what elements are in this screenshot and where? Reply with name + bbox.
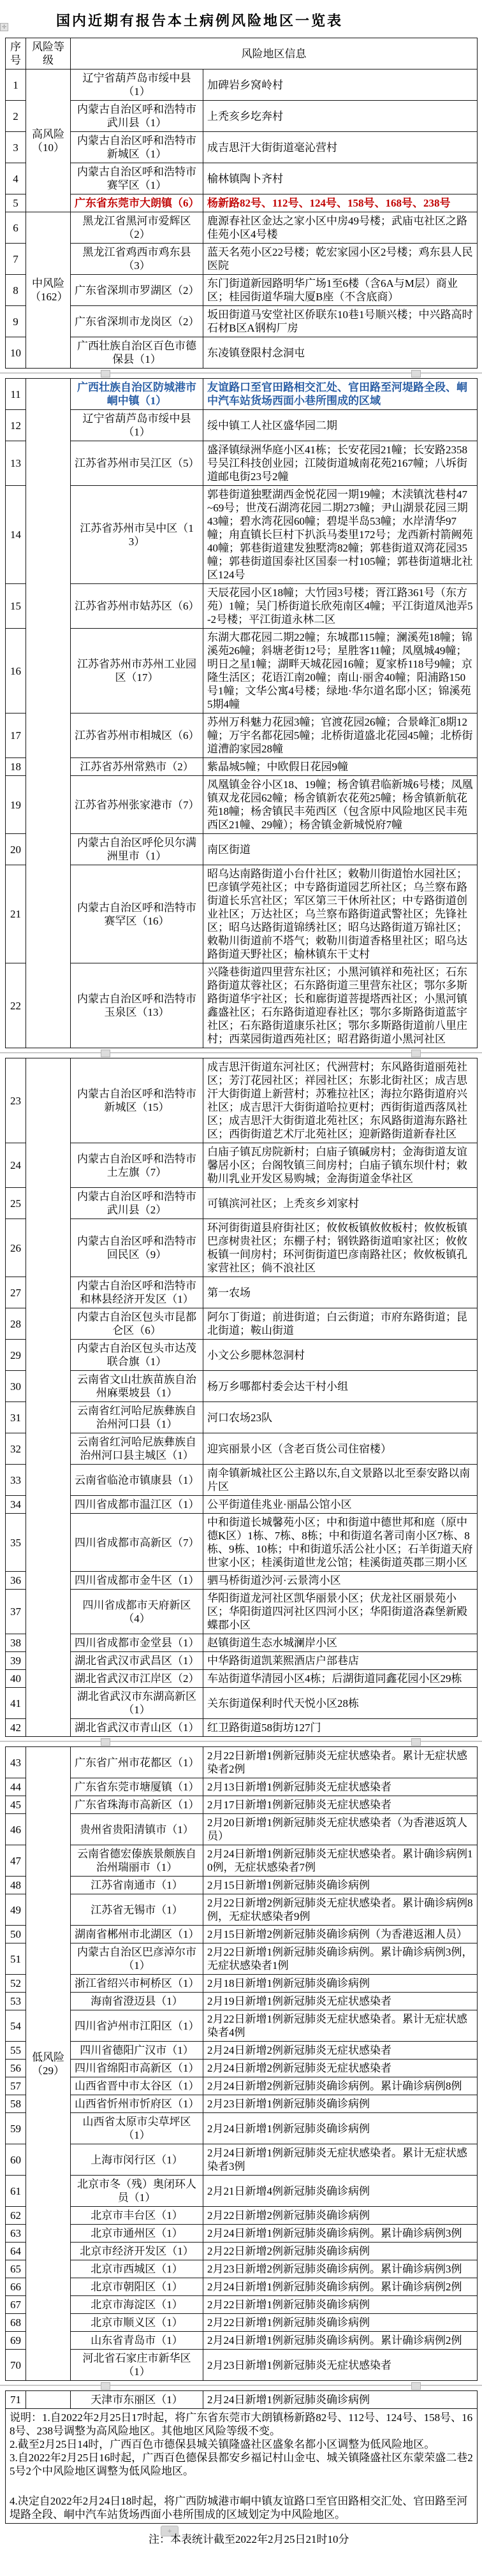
table-row: 70河北省石家庄市新华区（1）2月23日新增1例新冠肺炎无症状感染者 [6, 2350, 478, 2381]
region-name: 广东省东莞市大朗镇（6） [71, 194, 203, 212]
table-row: 12辽宁省葫芦岛市绥中县（1）绥中镇工人社区盛华园二期 [6, 410, 478, 441]
region-name: 内蒙古自治区呼和浩特市土左旗（7） [71, 1143, 203, 1188]
risk-level-count: （10） [30, 141, 66, 154]
row-serial-number: 2 [6, 101, 26, 132]
region-name: 内蒙古自治区呼和浩特市和林县经济开发区（1） [71, 1277, 203, 1308]
notes-cell: 说明：1.自2022年2月25日17时起，将广东省东莞市大朗镇杨新路82号、11… [6, 2409, 478, 2524]
row-serial-number: 1 [6, 70, 26, 101]
risk-area-detail: 河口农场23队 [203, 1402, 478, 1433]
row-serial-number: 11 [6, 379, 26, 410]
row-serial-number: 52 [6, 1975, 26, 1993]
row-serial-number: 23 [6, 1058, 26, 1143]
region-name: 江苏省苏州张家港市（7） [71, 776, 203, 834]
region-name: 北京市经济开发区（1） [71, 2243, 203, 2260]
table-row: 25内蒙古自治区呼和浩特市武川县（2）可镇滨河社区；上秃亥乡刘家村 [6, 1188, 478, 1219]
row-serial-number: 47 [6, 1845, 26, 1877]
table-row: 20内蒙古自治区呼伦贝尔满洲里市（1）南区街道 [6, 834, 478, 865]
table-row: 60上海市闵行区（1）2月24日新增1例新冠肺炎无症状感染者。累计无症状感染者3… [6, 2144, 478, 2176]
region-name: 云南省红河哈尼族彝族自治州河口县主城区（1） [71, 1433, 203, 1465]
row-serial-number: 37 [6, 1590, 26, 1634]
table-row: 63北京市通州区（1）2月24日新增1例新冠肺炎确诊病例。累计确诊病例3例 [6, 2225, 478, 2243]
row-serial-number: 24 [6, 1143, 26, 1188]
risk-area-detail: 2月22日新增2例新冠肺炎确诊病例 [203, 2207, 478, 2225]
risk-area-detail: 2月24日新增1例新冠肺炎无症状感染者。累计无症状感染者3例 [203, 2144, 478, 2176]
risk-area-detail: 白庙子镇瓦房院新村；白庙子镇碱房村；金海街道友谊馨居小区；台阁牧镇三间房村；白庙… [203, 1143, 478, 1188]
table-row: 57山西省晋中市太谷区（1）2月24日新增2例新冠肺炎确诊病例。累计确诊病例8例 [6, 2077, 478, 2095]
region-name: 山西省晋中市太谷区（1） [71, 2077, 203, 2095]
risk-area-detail: 加碑岩乡窝岭村 [203, 70, 478, 101]
risk-area-detail: 绥中镇工人社区盛华园二期 [203, 410, 478, 441]
region-name: 河北省石家庄市新华区（1） [71, 2350, 203, 2381]
region-name: 北京市通州区（1） [71, 2225, 203, 2243]
table-row: 14江苏省苏州市吴中区（13）郭巷街道独墅湖西金悦花园一期19幢；木渎镇沈巷村4… [6, 486, 478, 584]
table-row: 48江苏省南通市（1）2月15日新增1例新冠肺炎确诊病例 [6, 1877, 478, 1894]
table-row: 29内蒙古自治区包头市达茂联合旗（1）小文公乡腮林忽洞村 [6, 1340, 478, 1371]
region-name: 江苏省苏州市苏州工业园区（17） [71, 629, 203, 714]
risk-level-count: （29） [30, 2064, 66, 2077]
risk-level-cell: 高风险（10） [26, 70, 71, 212]
row-serial-number: 67 [6, 2296, 26, 2314]
footer-note-text: 注：本表统计截至2022年2月25日21时10分 [149, 2533, 349, 2545]
risk-area-detail: 2月22日新增1例新冠肺炎确诊病例 [203, 2296, 478, 2314]
table-row: 18江苏省苏州常熟市（2）紫晶城5幢；中欧假日花园9幢 [6, 758, 478, 776]
risk-area-detail: 2月24日新增2例新冠肺炎无症状感染者 [203, 2042, 478, 2060]
risk-area-detail: 2月21日新增4例新冠肺炎确诊病例 [203, 2176, 478, 2207]
region-name: 四川省成都市天府新区（4） [71, 1590, 203, 1634]
region-name: 内蒙古自治区呼和浩特市赛罕区（16） [71, 865, 203, 963]
region-name: 贵州省贵阳清镇市（1） [71, 1814, 203, 1845]
table-row: 52浙江省绍兴市柯桥区（1）2月18日新增1例新冠肺炎确诊病例 [6, 1975, 478, 1993]
bottom-margin [0, 2547, 482, 2576]
table-row: 28内蒙古自治区包头市昆都仑区（6）阿尔丁街道；前进街道；白云街道；市府东路街道… [6, 1308, 478, 1340]
table-row: 50湖南省郴州市北湖区（1）2月15日新增2例新冠肺炎确诊病例（为香港返湘人员） [6, 1926, 478, 1943]
risk-level-name: 高风险 [30, 128, 66, 141]
risk-area-detail: 2月23日新增2例新冠肺炎确诊病例。累计确诊病例3例 [203, 2260, 478, 2278]
table-row: 42湖北省武汉市青山区（1）红卫路街道58街坊127门 [6, 1719, 478, 1737]
region-name: 山东省青岛市（1） [71, 2332, 203, 2350]
row-serial-number: 48 [6, 1877, 26, 1894]
page-break-divider [0, 1048, 482, 1058]
risk-area-detail: 2月13日新增1例新冠肺炎无症状感染者 [203, 1778, 478, 1796]
risk-area-detail: 南伞镇新城社区公主路以东,自文景路以北至泰安路以南片区 [203, 1465, 478, 1496]
risk-area-detail: 2月24日新增1例新冠肺炎确诊病例。累计确诊病例2例 [203, 2332, 478, 2350]
table-row: 26内蒙古自治区呼和浩特市回民区（9）环河街街道县府街社区；攸攸板镇攸攸板村；攸… [6, 1219, 478, 1277]
table-row: 59山西省太原市尖草坪区（1）2月24日新增1例新冠肺炎确诊病例 [6, 2113, 478, 2144]
region-name: 广东省深圳市罗湖区（2） [71, 275, 203, 306]
risk-level-count: （162） [30, 290, 66, 304]
region-name: 北京市西城区（1） [71, 2260, 203, 2278]
row-serial-number: 13 [6, 441, 26, 486]
row-serial-number: 14 [6, 486, 26, 584]
row-serial-number: 21 [6, 865, 26, 963]
row-serial-number: 30 [6, 1371, 26, 1402]
region-name: 内蒙古自治区呼伦贝尔满洲里市（1） [71, 834, 203, 865]
region-name: 江苏省苏州市相城区（6） [71, 714, 203, 758]
risk-area-detail: 车站街道华清园小区4栋；后湖街道同鑫花园小区29栋 [203, 1670, 478, 1688]
risk-level-name: 中风险 [30, 277, 66, 290]
table-resize-handle-icon [101, 1738, 110, 1746]
note-1: 说明：1.自2022年2月25日17时起，将广东省东莞市大朗镇杨新路82号、11… [10, 2411, 473, 2438]
risk-area-detail: 关东街道保利时代天悦小区28栋 [203, 1688, 478, 1719]
row-serial-number: 9 [6, 306, 26, 337]
risk-area-detail: 阿尔丁街道；前进街道；白云街道；市府东路街道；昆北街道；鞍山街道 [203, 1308, 478, 1340]
risk-area-detail: 成吉思汗大街街道毫沁营村 [203, 132, 478, 163]
risk-area-detail: 2月22日新增2例新冠肺炎无症状感染者。累计确诊病例8例，无症状感染者9例 [203, 1894, 478, 1926]
row-serial-number: 68 [6, 2314, 26, 2332]
row-serial-number: 69 [6, 2332, 26, 2350]
table-row: 46贵州省贵阳清镇市（1）2月20日新增1例新冠肺炎无症状感染者（为香港返筑人员… [6, 1814, 478, 1845]
table-row: 30云南省文山壮族苗族自治州麻栗坡县（1）杨万乡哪都村委会达干村小组 [6, 1371, 478, 1402]
row-serial-number: 65 [6, 2260, 26, 2278]
region-name: 湖北省武汉市武昌区（1） [71, 1652, 203, 1670]
risk-area-detail: 郭巷街道独墅湖西金悦花园一期19幢；木渎镇沈巷村47~69号；世茂石湖湾花园二期… [203, 486, 478, 584]
row-serial-number: 41 [6, 1688, 26, 1719]
risk-area-detail: 2月22日新增1例新冠肺炎无症状感染者。累计无症状感染者4例 [203, 2010, 478, 2042]
risk-area-detail: 2月24日新增1例新冠肺炎无症状感染者。累计确诊病例10例，无症状感染者7例 [203, 1845, 478, 1877]
table-row: 49江苏省无锡市（1）2月22日新增2例新冠肺炎无症状感染者。累计确诊病例8例，… [6, 1894, 478, 1926]
region-name: 内蒙古自治区巴彦淖尔市（1） [71, 1943, 203, 1975]
risk-area-detail: 天辰花园小区18幢；大竹园3号楼；胥江路361号（东方苑）1幢；吴门桥街道长欣苑… [203, 584, 478, 629]
row-serial-number: 44 [6, 1778, 26, 1796]
risk-area-detail: 兴隆巷街道四里营东社区；小黑河镇祥和苑社区；石东路街道苁蓉社区；石东路街道三里营… [203, 963, 478, 1048]
row-serial-number: 53 [6, 1993, 26, 2010]
region-name: 天津市东丽区（1） [71, 2391, 203, 2409]
region-name: 江苏省苏州市姑苏区（6） [71, 584, 203, 629]
notes-row: 说明：1.自2022年2月25日17时起，将广东省东莞市大朗镇杨新路82号、11… [6, 2409, 478, 2524]
risk-area-table-segment-3: 23内蒙古自治区呼和浩特市新城区（15）成吉思汗街道东河社区；代洲营村；东风路街… [5, 1058, 478, 1737]
risk-area-detail: 南区街道 [203, 834, 478, 865]
page-break-divider [0, 369, 482, 378]
region-name: 湖南省郴州市北湖区（1） [71, 1926, 203, 1943]
table-row: 27内蒙古自治区呼和浩特市和林县经济开发区（1）第一农场 [6, 1277, 478, 1308]
table-row: 44广东省东莞市塘厦镇（1）2月13日新增1例新冠肺炎无症状感染者 [6, 1778, 478, 1796]
risk-area-detail: 小文公乡腮林忽洞村 [203, 1340, 478, 1371]
table-move-handle-icon[interactable]: ✛ [0, 23, 8, 31]
risk-area-detail: 2月23日新增1例新冠肺炎无症状感染者 [203, 2350, 478, 2381]
region-name: 云南省德宏傣族景颇族自治州瑞丽市（1） [71, 1845, 203, 1877]
risk-area-detail: 成吉思汗街道东河社区；代洲营村；东风路街道丽苑社区；芳汀花园社区；祥园社区；东影… [203, 1058, 478, 1143]
region-name: 内蒙古自治区呼和浩特市武川县（1） [71, 101, 203, 132]
risk-area-detail: 第一农场 [203, 1277, 478, 1308]
table-row: 67北京市海淀区（1）2月22日新增1例新冠肺炎确诊病例 [6, 2296, 478, 2314]
row-serial-number: 50 [6, 1926, 26, 1943]
row-serial-number: 3 [6, 132, 26, 163]
risk-area-detail: 赵镇街道生态水城澜岸小区 [203, 1634, 478, 1652]
row-serial-number: 64 [6, 2243, 26, 2260]
table-resize-handle-icon [411, 1050, 421, 1057]
table-resize-handle-icon [101, 1050, 110, 1057]
table-row: 39湖北省武汉市武昌区（1）中华路街道凯莱熙酒店户部巷店 [6, 1652, 478, 1670]
row-serial-number: 25 [6, 1188, 26, 1219]
page-break-divider [0, 1737, 482, 1746]
row-serial-number: 19 [6, 776, 26, 834]
header-risk-level: 风险等级 [26, 38, 71, 70]
table-row: 62北京市丰台区（1）2月22日新增2例新冠肺炎确诊病例 [6, 2207, 478, 2225]
row-serial-number: 4 [6, 163, 26, 194]
region-name: 内蒙古自治区包头市昆都仑区（6） [71, 1308, 203, 1340]
table-row: 71天津市东丽区（1）2月24日新增1例新冠肺炎确诊病例 [6, 2391, 478, 2409]
risk-area-table-segment-4: 43低风险（29）广东省广州市花都区（1）2月22日新增1例新冠肺炎无症状感染者… [5, 1746, 478, 2381]
table-row: 53海南省澄迈县（1）2月19日新增1例新冠肺炎无症状感染者 [6, 1993, 478, 2010]
table-row: 55四川省德阳广汉市（1）2月24日新增2例新冠肺炎无症状感染者 [6, 2042, 478, 2060]
risk-area-detail: 中和街道长城馨苑小区；中和街道中德世邦和庭（原中德K区）1栋、7栋、8栋；中和街… [203, 1514, 478, 1572]
table-row: 21内蒙古自治区呼和浩特市赛罕区（16）昭乌达南路街道小台什社区；敕勒川街道怡水… [6, 865, 478, 963]
region-name: 广东省广州市花都区（1） [71, 1747, 203, 1778]
table-row: 2内蒙古自治区呼和浩特市武川县（1）上秃亥乡圪奔村 [6, 101, 478, 132]
risk-area-detail: 2月22日新增1例新冠肺炎确诊病例。累计确诊病例3例，无症状感染者1例 [203, 1943, 478, 1975]
region-name: 四川省成都市金堂县（1） [71, 1634, 203, 1652]
risk-level-cell-empty [26, 2391, 71, 2409]
risk-area-detail: 友谊路口至官田路相交汇处、官田路至河堤路全段、峒中汽车站货场西面小巷所围成的区域 [203, 379, 478, 410]
table-row: 31云南省红河哈尼族彝族自治州河口县（1）河口农场23队 [6, 1402, 478, 1433]
row-serial-number: 29 [6, 1340, 26, 1371]
page-break-line [0, 372, 482, 374]
region-name: 北京市海淀区（1） [71, 2296, 203, 2314]
table-row: 7黑龙江省鸡西市鸡东县（3）蓝天名苑小区22号楼；乾宏家园小区2号楼；鸡东县人民… [6, 244, 478, 275]
table-row: 8广东省深圳市罗湖区（2）东门街道新园路明华广场1至6楼（含6A与M层）商业区；… [6, 275, 478, 306]
risk-area-detail: 东凌镇登限村念洞屯 [203, 337, 478, 369]
table-row: 61北京市冬（残）奥闭环人员（1）2月21日新增4例新冠肺炎确诊病例 [6, 2176, 478, 2207]
table-row: 41湖北省武汉市东湖高新区（1）关东街道保利时代天悦小区28栋 [6, 1688, 478, 1719]
risk-area-detail: 2月23日新增1例新冠肺炎确诊病例 [203, 2095, 478, 2113]
table-row: 66北京市朝阳区（1）2月24日新增1例新冠肺炎确诊病例。累计确诊病例2例 [6, 2278, 478, 2296]
page-title: 国内近期有报告本土病例风险地区一览表 [0, 0, 482, 38]
note-2: 2.截至2月25日14时，广西百色市德保县城关镇隆盛社区盛象名都小区调整为低风险… [10, 2438, 473, 2451]
region-name: 内蒙古自治区呼和浩特市新城区（15） [71, 1058, 203, 1143]
footer-note-row: + 注：本表统计截至2022年2月25日21时10分 [0, 2530, 482, 2547]
risk-area-detail: 2月24日新增1例新冠肺炎确诊病例。累计确诊病例2例 [203, 2278, 478, 2296]
region-name: 广西壮族自治区防城港市峒中镇（1） [71, 379, 203, 410]
table-row: 10广西壮族自治区百色市德保县（1）东凌镇登限村念洞屯 [6, 337, 478, 369]
region-name: 云南省红河哈尼族彝族自治州河口县（1） [71, 1402, 203, 1433]
region-name: 山西省太原市尖草坪区（1） [71, 2113, 203, 2144]
region-name: 辽宁省葫芦岛市绥中县（1） [71, 70, 203, 101]
header-risk-area-info: 风险地区信息 [71, 38, 478, 70]
region-name: 内蒙古自治区呼和浩特市回民区（9） [71, 1219, 203, 1277]
risk-area-detail: 驷马桥街道沙河·云景湾小区 [203, 1572, 478, 1590]
row-serial-number: 15 [6, 584, 26, 629]
table-row: 24内蒙古自治区呼和浩特市土左旗（7）白庙子镇瓦房院新村；白庙子镇碱房村；金海街… [6, 1143, 478, 1188]
region-name: 湖北省武汉市江岸区（2） [71, 1670, 203, 1688]
region-name: 内蒙古自治区包头市达茂联合旗（1） [71, 1340, 203, 1371]
risk-area-detail: 紫晶城5幢；中欧假日花园9幢 [203, 758, 478, 776]
region-name: 北京市顺义区（1） [71, 2314, 203, 2332]
region-name: 内蒙古自治区呼和浩特市玉泉区（13） [71, 963, 203, 1048]
row-serial-number: 40 [6, 1670, 26, 1688]
table-row: 47云南省德宏傣族景颇族自治州瑞丽市（1）2月24日新增1例新冠肺炎无症状感染者… [6, 1845, 478, 1877]
risk-area-detail: 昭乌达南路街道小台什社区；敕勒川街道怡水园社区；巴彦镇学苑社区；中专路街道园艺所… [203, 865, 478, 963]
region-name: 海南省澄迈县（1） [71, 1993, 203, 2010]
region-name: 云南省临沧市镇康县（1） [71, 1465, 203, 1496]
table-row: 37四川省成都市天府新区（4）华阳街道龙河社区凯华丽景小区；伏龙社区丽景苑小区；… [6, 1590, 478, 1634]
region-name: 上海市闵行区（1） [71, 2144, 203, 2176]
region-name: 内蒙古自治区呼和浩特市武川县（2） [71, 1188, 203, 1219]
risk-area-detail: 2月24日新增1例新冠肺炎确诊病例 [203, 2113, 478, 2144]
risk-area-detail: 上秃亥乡圪奔村 [203, 101, 478, 132]
risk-area-detail: 东门街道新园路明华广场1至6楼（含6A与M层）商业区；桂园街道华瑞大厦B座（不含… [203, 275, 478, 306]
row-serial-number: 42 [6, 1719, 26, 1737]
risk-area-table-segment-5: 71天津市东丽区（1）2月24日新增1例新冠肺炎确诊病例说明：1.自2022年2… [5, 2390, 478, 2524]
row-serial-number: 39 [6, 1652, 26, 1670]
risk-area-table-segment-2: 11广西壮族自治区防城港市峒中镇（1）友谊路口至官田路相交汇处、官田路至河堤路全… [5, 378, 478, 1048]
document-page: ✛ 国内近期有报告本土病例风险地区一览表 序号风险等级风险地区信息1高风险（10… [0, 0, 482, 2576]
region-name: 广东省东莞市塘厦镇（1） [71, 1778, 203, 1796]
table-row: 40湖北省武汉市江岸区（2）车站街道华清园小区4栋；后湖街道同鑫花园小区29栋 [6, 1670, 478, 1688]
row-serial-number: 5 [6, 194, 26, 212]
risk-area-detail: 苏州万科魅力花园3幢；官渡花园26幢；合景峰汇8期12幢；万宇名都花园5幢；北桥… [203, 714, 478, 758]
risk-area-detail: 东湖大郡花园二期22幢；东城郡115幢；澜溪苑18幢；锦溪苑26幢；斜塘老街12… [203, 629, 478, 714]
row-serial-number: 49 [6, 1894, 26, 1926]
table-resize-handle-icon [411, 370, 421, 377]
risk-area-detail: 2月17日新增1例新冠肺炎无症状感染者 [203, 1796, 478, 1814]
row-serial-number: 57 [6, 2077, 26, 2095]
risk-level-cell-empty [26, 1058, 71, 1737]
table-row: 19江苏省苏州张家港市（7）凤凰镇金谷小区18、19幢；杨舍镇君临新城6号楼；凤… [6, 776, 478, 834]
table-row: 54四川省泸州市江阳区（1）2月22日新增1例新冠肺炎无症状感染者。累计无症状感… [6, 2010, 478, 2042]
table-resize-handle-icon [411, 1738, 421, 1746]
region-name: 四川省成都市高新区（7） [71, 1514, 203, 1572]
row-serial-number: 33 [6, 1465, 26, 1496]
table-row: 33云南省临沧市镇康县（1）南伞镇新城社区公主路以东,自文景路以北至泰安路以南片… [6, 1465, 478, 1496]
page-break-divider [0, 2381, 482, 2390]
row-serial-number: 54 [6, 2010, 26, 2042]
row-serial-number: 35 [6, 1514, 26, 1572]
region-name: 内蒙古自治区呼和浩特市赛罕区（1） [71, 163, 203, 194]
risk-area-detail: 2月15日新增2例新冠肺炎确诊病例（为香港返湘人员） [203, 1926, 478, 1943]
risk-area-detail: 鹿源春社区金达之家小区中房49号楼；武庙屯社区之路佳苑小区4号楼 [203, 212, 478, 244]
risk-area-detail: 迎宾丽景小区（含老百货公司住宿楼） [203, 1433, 478, 1465]
table-row: 65北京市西城区（1）2月23日新增2例新冠肺炎确诊病例。累计确诊病例3例 [6, 2260, 478, 2278]
table-row: 34四川省成都市温江区（1）公平街道佳兆业·丽晶公馆小区 [6, 1496, 478, 1514]
row-serial-number: 46 [6, 1814, 26, 1845]
table-row: 56四川省绵阳市高新区（1）2月24日新增2例新冠肺炎无症状感染者 [6, 2060, 478, 2077]
risk-area-detail: 杨万乡哪都村委会达干村小组 [203, 1371, 478, 1402]
row-serial-number: 62 [6, 2207, 26, 2225]
row-serial-number: 32 [6, 1433, 26, 1465]
table-row: 35四川省成都市高新区（7）中和街道长城馨苑小区；中和街道中德世邦和庭（原中德K… [6, 1514, 478, 1572]
region-name: 辽宁省葫芦岛市绥中县（1） [71, 410, 203, 441]
row-serial-number: 7 [6, 244, 26, 275]
row-serial-number: 28 [6, 1308, 26, 1340]
region-name: 江苏省苏州市吴江区（5） [71, 441, 203, 486]
page-break-line [0, 1052, 482, 1053]
table-row: 3内蒙古自治区呼和浩特市新城区（1）成吉思汗大街街道毫沁营村 [6, 132, 478, 163]
table-row: 64北京市经济开发区（1）2月22日新增2例新冠肺炎确诊病例 [6, 2243, 478, 2260]
row-serial-number: 60 [6, 2144, 26, 2176]
row-serial-number: 51 [6, 1943, 26, 1975]
region-name: 北京市丰台区（1） [71, 2207, 203, 2225]
table-row: 15江苏省苏州市姑苏区（6）天辰花园小区18幢；大竹园3号楼；胥江路361号（东… [6, 584, 478, 629]
region-name: 四川省泸州市江阳区（1） [71, 2010, 203, 2042]
risk-area-detail: 红卫路街道58街坊127门 [203, 1719, 478, 1737]
table-row: 69山东省青岛市（1）2月24日新增1例新冠肺炎确诊病例。累计确诊病例2例 [6, 2332, 478, 2350]
table-row: 22内蒙古自治区呼和浩特市玉泉区（13）兴隆巷街道四里营东社区；小黑河镇祥和苑社… [6, 963, 478, 1048]
page-break-line [0, 1741, 482, 1742]
table-area: 序号风险等级风险地区信息1高风险（10）辽宁省葫芦岛市绥中县（1）加碑岩乡窝岭村… [0, 38, 482, 2524]
risk-area-detail: 华阳街道龙河社区凯华丽景小区；伏龙社区丽景苑小区；华阳街道四河社区四河小区；华阳… [203, 1590, 478, 1634]
risk-area-detail: 2月24日新增2例新冠肺炎确诊病例。累计确诊病例8例 [203, 2077, 478, 2095]
table-header-row: 序号风险等级风险地区信息 [6, 38, 478, 70]
row-serial-number: 8 [6, 275, 26, 306]
row-serial-number: 66 [6, 2278, 26, 2296]
risk-area-detail: 2月22日新增2例新冠肺炎确诊病例 [203, 2243, 478, 2260]
note-4: 4.决定自2022年2月24日18时起，将广西防城港市峒中镇友谊路口至官田路相交… [10, 2494, 473, 2521]
table-resize-handle-icon [101, 370, 110, 377]
table-resize-handle-icon [411, 2382, 421, 2390]
risk-level-name: 低风险 [30, 2051, 66, 2064]
risk-area-detail: 公平街道佳兆业·丽晶公馆小区 [203, 1496, 478, 1514]
table-row: 9广东省深圳市龙岗区（2）坂田街道马安堂社区侨联东10巷1号顺兴楼；中兴路高时石… [6, 306, 478, 337]
region-name: 云南省文山壮族苗族自治州麻栗坡县（1） [71, 1371, 203, 1402]
region-name: 广东省深圳市龙岗区（2） [71, 306, 203, 337]
risk-area-detail: 2月22日新增1例新冠肺炎确诊病例 [203, 2314, 478, 2332]
region-name: 山西省忻州市忻府区（1） [71, 2095, 203, 2113]
row-serial-number: 18 [6, 758, 26, 776]
region-name: 内蒙古自治区呼和浩特市新城区（1） [71, 132, 203, 163]
page-break-line [0, 2385, 482, 2386]
row-serial-number: 12 [6, 410, 26, 441]
risk-area-detail: 蓝天名苑小区22号楼；乾宏家园小区2号楼；鸡东县人民医院 [203, 244, 478, 275]
region-name: 江苏省苏州市吴中区（13） [71, 486, 203, 584]
risk-area-detail: 2月24日新增2例新冠肺炎无症状感染者 [203, 2060, 478, 2077]
region-name: 湖北省武汉市东湖高新区（1） [71, 1688, 203, 1719]
region-name: 江苏省南通市（1） [71, 1877, 203, 1894]
risk-area-detail: 中华路街道凯莱熙酒店户部巷店 [203, 1652, 478, 1670]
region-name: 四川省绵阳市高新区（1） [71, 2060, 203, 2077]
table-row: 36四川省成都市金牛区（1）驷马桥街道沙河·云景湾小区 [6, 1572, 478, 1590]
table-row: 5广东省东莞市大朗镇（6）杨新路82号、112号、124号、158号、168号、… [6, 194, 478, 212]
risk-area-detail: 盛泽镇绿洲华庭小区41栋；长安花园21幢；长安路2358号吴江科技创业园；江陵街… [203, 441, 478, 486]
region-name: 江苏省苏州常熟市（2） [71, 758, 203, 776]
row-serial-number: 55 [6, 2042, 26, 2060]
risk-area-detail: 2月15日新增1例新冠肺炎确诊病例 [203, 1877, 478, 1894]
risk-area-detail: 2月24日新增1例新冠肺炎确诊病例 [203, 2391, 478, 2409]
table-row: 6中风险（162）黑龙江省黑河市爱辉区（2）鹿源春社区金达之家小区中房49号楼；… [6, 212, 478, 244]
row-serial-number: 26 [6, 1219, 26, 1277]
row-serial-number: 34 [6, 1496, 26, 1514]
risk-area-detail: 凤凰镇金谷小区18、19幢；杨舍镇君临新城6号楼；凤凰镇双龙花园62幢；杨舍镇新… [203, 776, 478, 834]
table-row: 68北京市顺义区（1）2月22日新增1例新冠肺炎确诊病例 [6, 2314, 478, 2332]
row-serial-number: 43 [6, 1747, 26, 1778]
risk-level-cell-empty [26, 379, 71, 1048]
row-serial-number: 70 [6, 2350, 26, 2381]
header-serial-number: 序号 [6, 38, 26, 70]
risk-level-cell: 中风险（162） [26, 212, 71, 369]
table-row: 1高风险（10）辽宁省葫芦岛市绥中县（1）加碑岩乡窝岭村 [6, 70, 478, 101]
row-serial-number: 6 [6, 212, 26, 244]
risk-area-detail: 2月24日新增1例新冠肺炎确诊病例。累计确诊病例3例 [203, 2225, 478, 2243]
region-name: 广东省珠海市高新区（1） [71, 1796, 203, 1814]
region-name: 湖北省武汉市青山区（1） [71, 1719, 203, 1737]
risk-area-detail: 可镇滨河社区；上秃亥乡刘家村 [203, 1188, 478, 1219]
risk-area-detail: 杨新路82号、112号、124号、158号、168号、238号 [203, 194, 478, 212]
row-serial-number: 10 [6, 337, 26, 369]
risk-area-detail: 2月20日新增1例新冠肺炎无症状感染者（为香港返筑人员） [203, 1814, 478, 1845]
risk-area-detail: 2月18日新增1例新冠肺炎确诊病例 [203, 1975, 478, 1993]
row-serial-number: 36 [6, 1572, 26, 1590]
row-serial-number: 61 [6, 2176, 26, 2207]
table-resize-handle-icon [101, 2382, 110, 2390]
table-row: 11广西壮族自治区防城港市峒中镇（1）友谊路口至官田路相交汇处、官田路至河堤路全… [6, 379, 478, 410]
row-serial-number: 38 [6, 1634, 26, 1652]
region-name: 广西壮族自治区百色市德保县（1） [71, 337, 203, 369]
row-serial-number: 31 [6, 1402, 26, 1433]
risk-area-table-segment-1: 序号风险等级风险地区信息1高风险（10）辽宁省葫芦岛市绥中县（1）加碑岩乡窝岭村… [5, 38, 478, 369]
row-serial-number: 16 [6, 629, 26, 714]
table-row: 13江苏省苏州市吴江区（5）盛泽镇绿洲华庭小区41栋；长安花园21幢；长安路23… [6, 441, 478, 486]
table-row: 17江苏省苏州市相城区（6）苏州万科魅力花园3幢；官渡花园26幢；合景峰汇8期1… [6, 714, 478, 758]
risk-area-detail: 2月22日新增1例新冠肺炎无症状感染者。累计无症状感染者2例 [203, 1747, 478, 1778]
